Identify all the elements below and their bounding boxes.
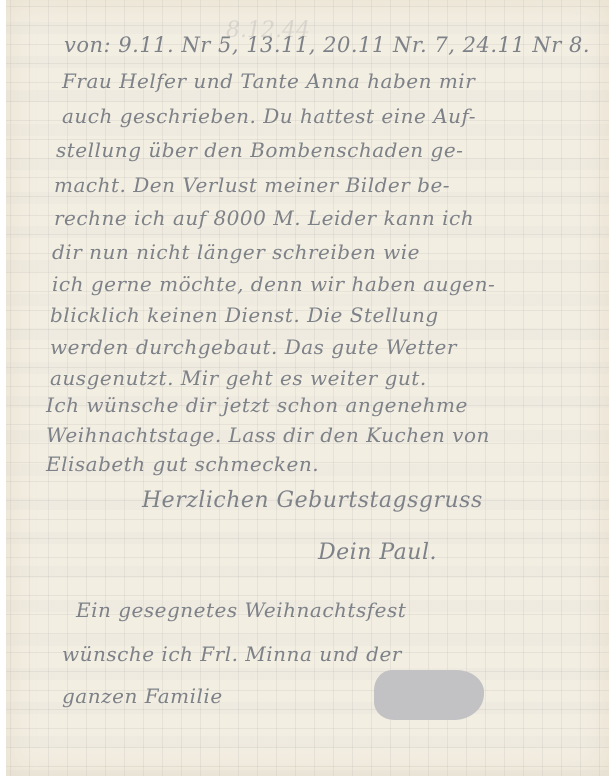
letter-line-1: von: 9.11. Nr 5, 13.11, 20.11 Nr. 7, 24.… xyxy=(64,33,590,57)
postscript-line-3: ganzen Familie xyxy=(62,684,223,708)
letter-line-11: ausgenutzt. Mir geht es weiter gut. xyxy=(50,366,427,390)
closing-greeting: Herzlichen Geburtstagsgruss xyxy=(142,488,483,513)
signature: Dein Paul. xyxy=(318,540,437,565)
letter-line-14: Elisabeth gut schmecken. xyxy=(46,452,319,476)
letter-line-5: macht. Den Verlust meiner Bilder be- xyxy=(54,173,450,197)
letter-page: 8.12.44 von: 9.11. Nr 5, 13.11, 20.11 Nr… xyxy=(6,0,609,776)
letter-line-10: werden durchgebaut. Das gute Wetter xyxy=(50,335,457,359)
letter-line-6: rechne ich auf 8000 M. Leider kann ich xyxy=(54,206,474,230)
redacted-name-blob xyxy=(374,670,484,720)
letter-line-13: Weihnachtstage. Lass dir den Kuchen von xyxy=(46,423,490,447)
postscript-line-1: Ein gesegnetes Weihnachtsfest xyxy=(76,598,406,622)
letter-line-3: auch geschrieben. Du hattest eine Auf- xyxy=(62,104,476,128)
postscript-line-2: wünsche ich Frl. Minna und der xyxy=(62,642,402,666)
letter-line-4: stellung über den Bombenschaden ge- xyxy=(56,138,463,162)
letter-line-8: ich gerne möchte, denn wir haben augen- xyxy=(52,272,495,296)
letter-line-12: Ich wünsche dir jetzt schon angenehme xyxy=(46,393,468,417)
letter-line-2: Frau Helfer und Tante Anna haben mir xyxy=(62,69,475,93)
letter-line-9: blicklich keinen Dienst. Die Stellung xyxy=(50,303,439,327)
letter-line-7: dir nun nicht länger schreiben wie xyxy=(52,240,420,264)
